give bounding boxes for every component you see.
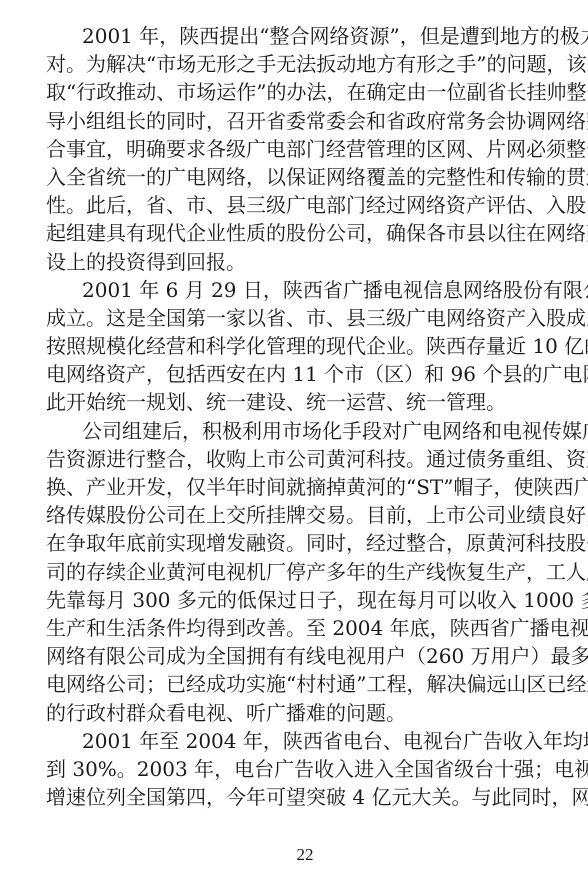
text-line: 在争取年底前实现增发融资。同时，经过整合，原黄河科技股份公 [46,529,564,557]
text-line: 电网络公司；已经成功实施“村村通”工程，解决偏远山区已经通电 [46,670,564,698]
body-text: 2001 年，陕西提出“整合网络资源”，但是遭到地方的极力反 对。为解决“市场无… [46,22,564,811]
text-line: 2001 年 6 月 29 日，陕西省广播电视信息网络股份有限公司 [46,276,564,304]
text-line: 按照规模化经营和科学化管理的现代企业。陕西存量近 10 亿的广 [46,332,564,360]
text-line: 网络有限公司成为全国拥有有线电视用户（260 万用户）最多的广 [46,642,564,670]
text-line: 成立。这是全国第一家以省、市、县三级广电网络资产入股成立、并 [46,304,564,332]
text-line: 络传媒股份公司在上交所挂牌交易。目前，上市公司业绩良好，正 [46,501,564,529]
text-line: 增速位列全国第四，今年可望突破 4 亿元大关。与此同时，网络经营 [46,783,564,811]
text-line: 合事宜，明确要求各级广电部门经营管理的区网、片网必须整合进 [46,135,564,163]
text-line: 入全省统一的广电网络，以保证网络覆盖的完整性和传输的贯通 [46,163,564,191]
text-line: 2001 年至 2004 年，陕西省电台、电视台广告收入年均增幅达 [46,727,564,755]
text-line: 性。此后，省、市、县三级广电部门经过网络资产评估、入股，共同发 [46,191,564,219]
text-line: 电网络资产，包括西安在内 11 个市（区）和 96 个县的广电网络自 [46,360,564,388]
text-line: 起组建具有现代企业性质的股份公司，确保各市县以往在网络建 [46,219,564,247]
text-line: 司的存续企业黄河电视机厂停产多年的生产线恢复生产，工人原 [46,558,564,586]
text-line: 告资源进行整合，收购上市公司黄河科技。通过债务重组、资产置 [46,445,564,473]
text-line: 2001 年，陕西提出“整合网络资源”，但是遭到地方的极力反 [46,22,564,50]
text-line: 导小组组长的同时，召开省委常委会和省政府常务会协调网络整 [46,107,564,135]
text-line: 设上的投资得到回报。 [46,248,564,276]
text-line: 的行政村群众看电视、听广播难的问题。 [46,699,564,727]
text-line: 取“行政推动、市场运作”的办法，在确定由一位副省长挂帅整合领 [46,78,564,106]
page-number: 22 [0,845,588,865]
text-line: 公司组建后，积极利用市场化手段对广电网络和电视传媒广 [46,417,564,445]
paragraph-2: 2001 年 6 月 29 日，陕西省广播电视信息网络股份有限公司 成立。这是全… [46,276,564,417]
text-line: 对。为解决“市场无形之手无法扳动地方有形之手”的问题，该省采 [46,50,564,78]
text-line: 换、产业开发，仅半年时间就摘掉黄河的“ST”帽子，使陕西广电网 [46,473,564,501]
text-line: 生产和生活条件均得到改善。至 2004 年底，陕西省广播电视信息 [46,614,564,642]
text-line: 此开始统一规划、统一建设、统一运营、统一管理。 [46,388,564,416]
paragraph-4: 2001 年至 2004 年，陕西省电台、电视台广告收入年均增幅达 到 30%。… [46,727,564,812]
paragraph-1: 2001 年，陕西提出“整合网络资源”，但是遭到地方的极力反 对。为解决“市场无… [46,22,564,276]
book-page: 2001 年，陕西提出“整合网络资源”，但是遭到地方的极力反 对。为解决“市场无… [0,0,588,890]
paragraph-3: 公司组建后，积极利用市场化手段对广电网络和电视传媒广 告资源进行整合，收购上市公… [46,417,564,727]
text-line: 到 30%。2003 年，电台广告收入进入全国省级台十强；电视台广告 [46,755,564,783]
text-line: 先靠每月 300 多元的低保过日子，现在每月可以收入 1000 多元， [46,586,564,614]
